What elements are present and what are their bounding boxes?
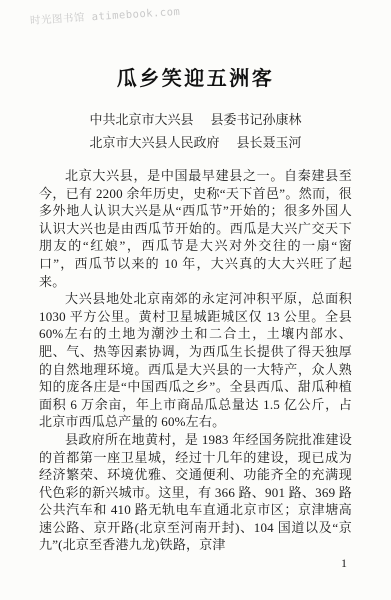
author-block: 中共北京市大兴县县委书记孙康林 北京市大兴县人民政府县长聂玉河	[0, 108, 391, 154]
page-number: 1	[39, 555, 352, 572]
author-affiliation: 中共北京市大兴县	[90, 112, 194, 127]
author-line-1: 中共北京市大兴县县委书记孙康林	[0, 108, 391, 131]
scanned-book-page: 时光图书馆 atimebook.com 瓜乡笑迎五洲客 中共北京市大兴县县委书记…	[0, 0, 391, 600]
paragraph: 北京大兴县，是中国最早建县之一。自秦建县至今，已有 2200 余年历史，史称“天…	[39, 167, 352, 290]
paragraph: 县政府所在地黄村，是 1983 年经国务院批准建设的首都第一座卫星城，经过十几年…	[39, 431, 352, 554]
author-signature: 县长聂玉河	[236, 135, 301, 150]
author-affiliation: 北京市大兴县人民政府	[90, 135, 220, 150]
paragraph: 大兴县地处北京南郊的永定河冲积平原，总面积 1030 平方公里。黄村卫星城距城区…	[39, 290, 352, 431]
author-signature: 县委书记孙康林	[210, 112, 301, 127]
author-line-2: 北京市大兴县人民政府县长聂玉河	[0, 131, 391, 154]
article-body: 北京大兴县，是中国最早建县之一。自秦建县至今，已有 2200 余年历史，史称“天…	[39, 167, 352, 554]
